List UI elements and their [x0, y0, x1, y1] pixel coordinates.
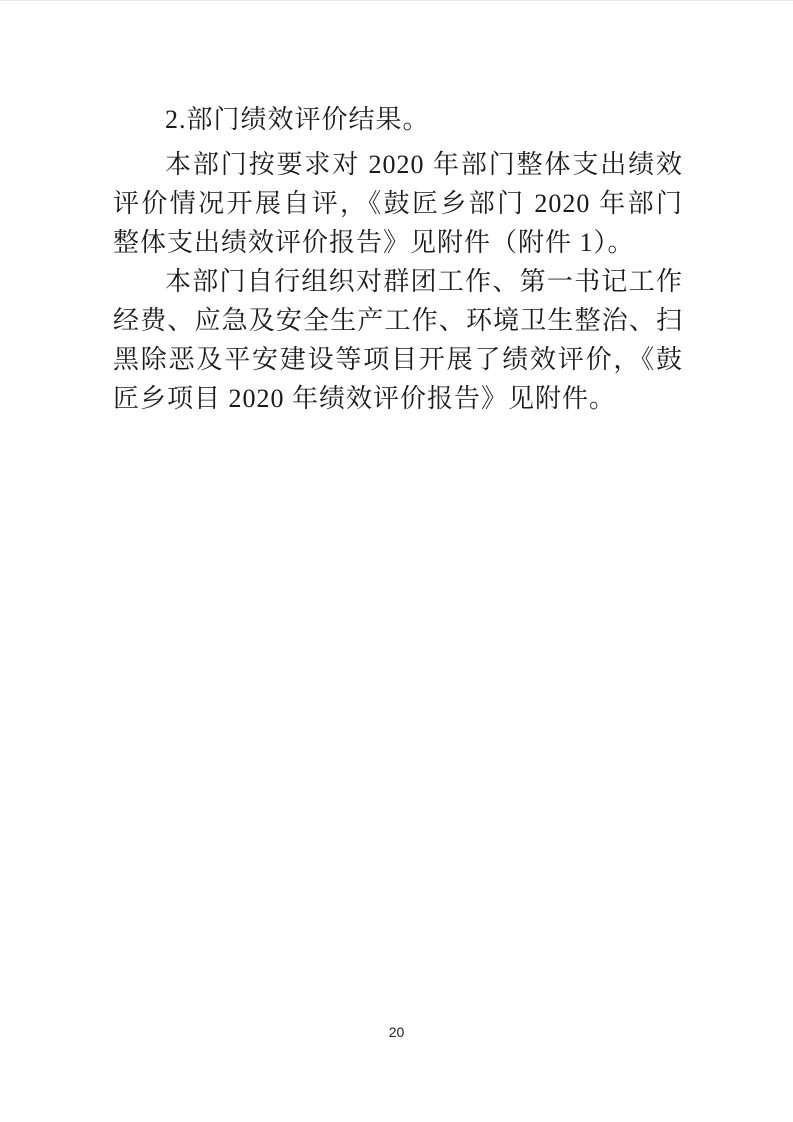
section-heading: 2.部门绩效评价结果。 — [113, 100, 683, 139]
paragraph-self-evaluation: 本部门按要求对 2020 年部门整体支出绩效评价情况开展自评，《鼓匠乡部门 20… — [113, 145, 683, 262]
document-body: 2.部门绩效评价结果。 本部门按要求对 2020 年部门整体支出绩效评价情况开展… — [113, 100, 683, 418]
paragraph-project-evaluation: 本部门自行组织对群团工作、第一书记工作经费、应急及安全生产工作、环境卫生整治、扫… — [113, 262, 683, 418]
document-page: 2.部门绩效评价结果。 本部门按要求对 2020 年部门整体支出绩效评价情况开展… — [0, 0, 793, 1122]
page-number: 20 — [0, 1023, 793, 1041]
